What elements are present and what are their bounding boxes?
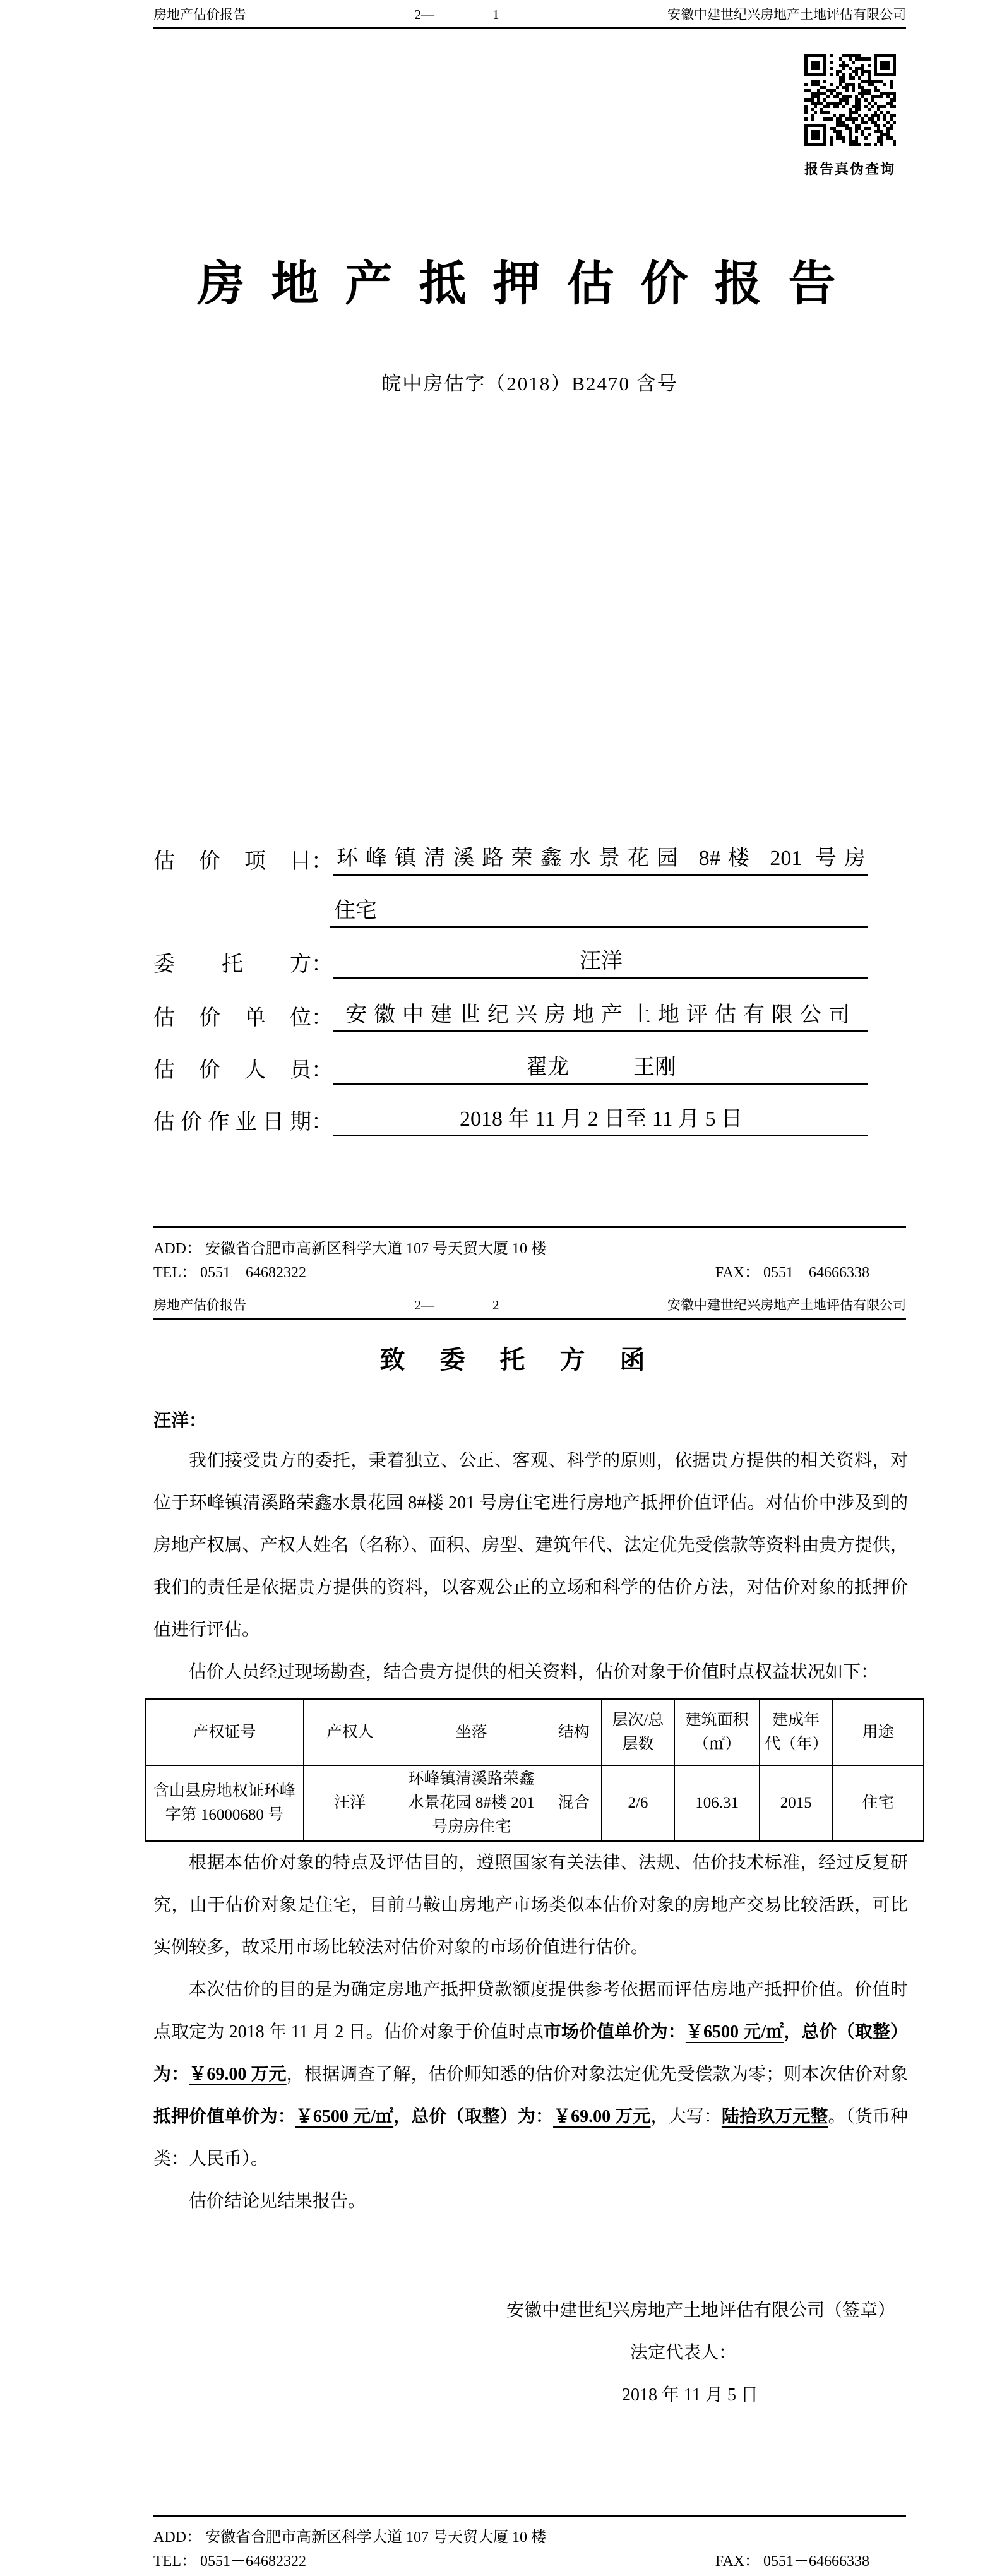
footer-contact-line: TEL： 0551－64682322 FAX： 0551－64666338 [153, 1261, 906, 1285]
text-segment: ￥6500 元/㎡ [295, 2107, 393, 2126]
paragraph-intro: 我们接受贵方的委托，秉着独立、公正、客观、科学的原则，依据贵方提供的相关资料，对… [153, 1440, 908, 1651]
table-cell: 住宅 [833, 1765, 924, 1841]
report-number: 皖中房估字（2018）B2470 含号 [153, 367, 906, 396]
field-appraisers-value: 翟龙 王刚 [333, 1054, 868, 1085]
page1-header: 房地产估价报告 2— 1 安徽中建世纪兴房地产土地评估有限公司 [153, 6, 906, 29]
footer-address: ADD： 安徽省合肥市高新区科学大道 107 号天贸大厦 10 楼 [153, 2525, 906, 2549]
field-client-label: 委托方 [153, 951, 311, 979]
report-document: 房地产估价报告 2— 1 安徽中建世纪兴房地产土地评估有限公司 报告真伪查询 房… [0, 0, 1002, 2576]
field-work-date: 估价作业日期 ： 2018 年 11 月 2 日至 11 月 5 日 [153, 1109, 868, 1136]
table-header-cell: 结构 [546, 1699, 602, 1765]
header-pages-total: 2— [415, 1297, 435, 1313]
footer-fax: FAX： 0551－64666338 [715, 2549, 869, 2573]
field-client-value: 汪洋 [333, 948, 868, 979]
text-segment: ，根据调查了解，估价师知悉的估价对象法定优先受偿款为零；则本次估价对象 [287, 2065, 908, 2084]
table-row: 含山县房地权证环峰字第 16000680 号汪洋环峰镇清溪路荣鑫水景花园 8#楼… [145, 1765, 924, 1841]
text-segment: ￥69.00 万元 [553, 2107, 650, 2126]
closing-company-seal: 安徽中建世纪兴房地产土地评估有限公司（签章） [153, 2289, 908, 2332]
field-project-line2: 住宅 [153, 900, 868, 928]
page2-header: 房地产估价报告 2— 2 安徽中建世纪兴房地产土地评估有限公司 [153, 1297, 906, 1320]
field-appraisers: 估价人员 ： 翟龙 王刚 [153, 1057, 868, 1085]
footer-tel: TEL： 0551－64682322 [153, 2549, 306, 2573]
table-cell: 环峰镇清溪路荣鑫水景花园 8#楼 201 号房房住宅 [397, 1765, 546, 1841]
qr-code [804, 54, 896, 146]
table-header-cell: 产权人 [303, 1699, 397, 1765]
paragraph-method: 根据本估价对象的特点及评估目的，遵照国家有关法律、法规、估价技术标准，经过反复研… [153, 1842, 908, 1969]
table-header-cell: 用途 [833, 1699, 924, 1765]
field-agency-value: 安徽中建世纪兴房地产土地评估有限公司 [333, 1001, 868, 1032]
field-client: 委托方 ： 汪洋 [153, 951, 868, 979]
text-segment: 抵押价值单价为： [153, 2107, 295, 2126]
header-doc-title: 房地产估价报告 [153, 1297, 246, 1313]
table-header-cell: 层次/总层数 [602, 1699, 675, 1765]
field-colon: ： [311, 848, 333, 876]
text-segment: 陆拾玖万元整 [722, 2107, 828, 2126]
text-segment: ，总价（取整）为： [393, 2107, 553, 2126]
footer-contact-line: TEL： 0551－64682322 FAX： 0551－64666338 [153, 2549, 906, 2573]
paragraph-valuation: 本次估价的目的是为确定房地产抵押贷款额度提供参考依据而评估房地产抵押价值。价值时… [153, 1969, 908, 2180]
table-cell: 含山县房地权证环峰字第 16000680 号 [145, 1765, 303, 1841]
report-title: 房地产抵押估价报告 [153, 259, 906, 311]
text-segment: 市场价值单价为： [544, 2022, 686, 2042]
header-page-num: 1 [492, 6, 499, 23]
table-header-cell: 产权证号 [145, 1699, 303, 1765]
header-company-name: 安徽中建世纪兴房地产土地评估有限公司 [667, 1297, 906, 1313]
field-colon: ： [311, 1005, 333, 1032]
closing-block: 安徽中建世纪兴房地产土地评估有限公司（签章） 法定代表人： 2018 年 11 … [153, 2289, 908, 2416]
letter-body: 我们接受贵方的委托，秉着独立、公正、客观、科学的原则，依据贵方提供的相关资料，对… [153, 1440, 908, 2222]
field-agency: 估价单位 ： 安徽中建世纪兴房地产土地评估有限公司 [153, 1005, 868, 1032]
field-colon: ： [311, 1057, 333, 1085]
field-project-label: 估价项目 [153, 848, 311, 876]
field-agency-label: 估价单位 [153, 1005, 311, 1032]
closing-legal-representative: 法定代表人： [153, 2332, 908, 2374]
table-header-cell: 建成年代（年） [760, 1699, 833, 1765]
text-segment: ￥69.00 万元 [189, 2065, 287, 2084]
header-doc-title: 房地产估价报告 [153, 6, 246, 23]
footer-address: ADD： 安徽省合肥市高新区科学大道 107 号天贸大厦 10 楼 [153, 1237, 906, 1261]
paragraph-survey: 估价人员经过现场勘查，结合贵方提供的相关资料，估价对象于价值时点权益状况如下： [153, 1651, 908, 1693]
paragraph-conclusion: 估价结论见结果报告。 [153, 2180, 908, 2222]
table-header-cell: 坐落 [397, 1699, 546, 1765]
header-page-number: 2— 2 [246, 1297, 667, 1313]
footer-tel: TEL： 0551－64682322 [153, 1261, 306, 1285]
field-project-value2: 住宅 [330, 897, 868, 928]
table-cell: 2015 [760, 1765, 833, 1841]
header-page-num: 2 [492, 1297, 499, 1313]
field-work-date-label: 估价作业日期 [153, 1109, 311, 1136]
table-cell: 混合 [546, 1765, 602, 1841]
field-appraisers-label: 估价人员 [153, 1057, 311, 1085]
table-cell: 2/6 [602, 1765, 675, 1841]
field-work-date-value: 2018 年 11 月 2 日至 11 月 5 日 [333, 1106, 868, 1136]
page2-footer: ADD： 安徽省合肥市高新区科学大道 107 号天贸大厦 10 楼 TEL： 0… [153, 2515, 906, 2573]
table-cell: 汪洋 [303, 1765, 397, 1841]
letter-title: 致委托方函 [153, 1340, 906, 1376]
field-colon: ： [311, 951, 333, 979]
header-pages-total: 2— [415, 6, 435, 23]
field-project-value: 环峰镇清溪路荣鑫水景花园 8#楼 201 号房 [333, 845, 868, 876]
closing-date: 2018 年 11 月 5 日 [153, 2374, 908, 2416]
text-segment: ，大写： [650, 2107, 721, 2126]
header-page-number: 2— 1 [246, 6, 667, 23]
field-colon: ： [311, 1109, 333, 1136]
header-company-name: 安徽中建世纪兴房地产土地评估有限公司 [667, 6, 906, 23]
field-project: 估价项目 ： 环峰镇清溪路荣鑫水景花园 8#楼 201 号房 [153, 848, 868, 876]
qr-caption: 报告真伪查询 [802, 158, 897, 178]
page1-footer: ADD： 安徽省合肥市高新区科学大道 107 号天贸大厦 10 楼 TEL： 0… [153, 1226, 906, 1285]
qr-block: 报告真伪查询 [802, 54, 897, 178]
property-table: 产权证号产权人坐落结构层次/总层数建筑面积（㎡）建成年代（年）用途 含山县房地权… [145, 1698, 924, 1842]
text-segment: ￥6500 元/㎡ [686, 2022, 784, 2042]
footer-fax: FAX： 0551－64666338 [715, 1261, 869, 1285]
table-cell: 106.31 [674, 1765, 759, 1841]
table-header-cell: 建筑面积（㎡） [674, 1699, 759, 1765]
letter-salutation: 汪洋： [153, 1407, 206, 1432]
